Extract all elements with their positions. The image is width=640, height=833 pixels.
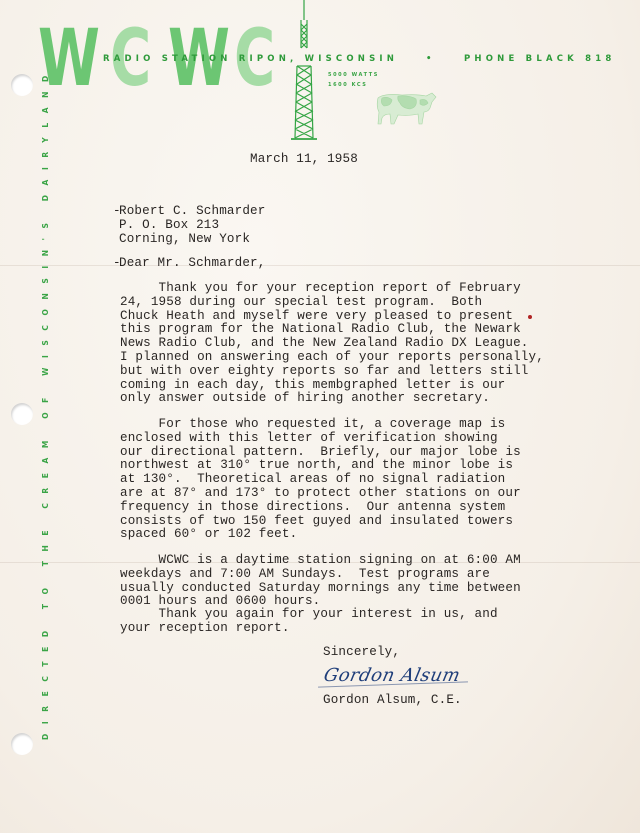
- punch-hole: [11, 733, 33, 755]
- radio-tower-icon: [291, 0, 317, 142]
- letter-page: W C W C RADIO STATION RIPON, WISCONSIN •…: [0, 0, 640, 833]
- recipient-address-line2: Corning, New York: [119, 233, 250, 247]
- phone-number: PHONE BLACK 818: [464, 54, 615, 64]
- cow-icon: [374, 90, 438, 130]
- punch-hole: [11, 74, 33, 96]
- recipient-name: Robert C. Schmarder: [119, 205, 265, 219]
- body-paragraph: WCWC is a daytime station signing on at …: [120, 554, 521, 609]
- fold-line: [0, 265, 640, 266]
- side-slogan: DIRECTED TO THE CREAM OF WISCONSIN'S DAI…: [41, 200, 50, 740]
- punch-hole: [11, 403, 33, 425]
- ink-dot: [528, 315, 532, 319]
- station-frequency: 1600 KCS: [328, 80, 367, 91]
- body-paragraph: Thank you again for your interest in us,…: [120, 608, 498, 636]
- station-address: RADIO STATION RIPON, WISCONSIN: [103, 54, 398, 64]
- body-paragraph: For those who requested it, a coverage m…: [120, 418, 521, 542]
- bullet-separator: •: [426, 54, 436, 64]
- signer-name: Gordon Alsum, C.E.: [323, 694, 462, 708]
- closing: Sincerely,: [323, 646, 400, 660]
- recipient-address-line1: P. O. Box 213: [119, 219, 219, 233]
- letter-date: March 11, 1958: [250, 153, 358, 167]
- salutation: Dear Mr. Schmarder,: [119, 257, 265, 271]
- body-paragraph: Thank you for your reception report of F…: [120, 282, 544, 406]
